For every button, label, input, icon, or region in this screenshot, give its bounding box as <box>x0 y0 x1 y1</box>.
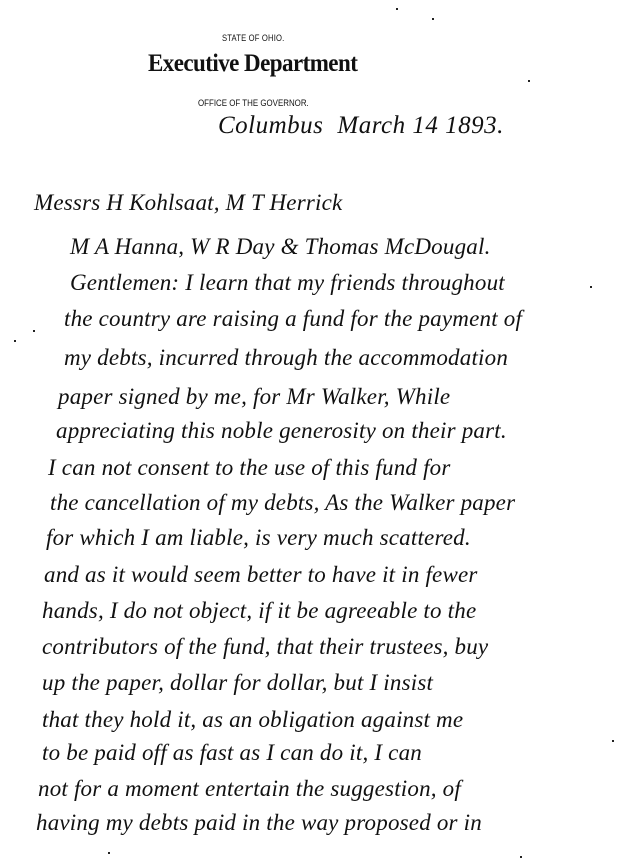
letter-line: to be paid off as fast as I can do it, I… <box>42 740 422 766</box>
letter-line: hands, I do not object, if it be agreeab… <box>42 598 476 624</box>
scanned-letter-page: STATE OF OHIO. Executive Department OFFI… <box>0 0 618 864</box>
letter-line: that they hold it, as an obligation agai… <box>42 707 463 733</box>
letter-line: contributors of the fund, that their tru… <box>42 634 488 660</box>
dateline: ColumbusMarch 14 1893. <box>218 112 518 140</box>
letter-line: up the paper, dollar for dollar, but I i… <box>42 670 433 696</box>
scan-speck <box>108 852 110 854</box>
scan-speck <box>432 18 434 20</box>
salutation-line-2: M A Hanna, W R Day & Thomas McDougal. <box>70 234 491 260</box>
dateline-city: Columbus <box>218 112 323 139</box>
letter-line: the country are raising a fund for the p… <box>64 306 522 332</box>
letter-line: Gentlemen: I learn that my friends throu… <box>70 270 505 296</box>
scan-speck <box>612 740 614 742</box>
dateline-date: March 14 1893. <box>337 112 503 139</box>
scan-speck <box>590 286 592 288</box>
letter-line: and as it would seem better to have it i… <box>44 562 478 588</box>
letterhead-department: Executive Department <box>148 50 357 78</box>
letter-line: not for a moment entertain the suggestio… <box>38 776 461 802</box>
scan-speck <box>520 856 522 858</box>
letterhead-state: STATE OF OHIO. <box>222 33 284 43</box>
letter-line: my debts, incurred through the accommoda… <box>64 345 508 371</box>
scan-speck <box>396 8 398 10</box>
scan-speck <box>33 330 35 332</box>
salutation-line-1: Messrs H Kohlsaat, M T Herrick <box>34 190 342 216</box>
scan-speck <box>14 340 16 342</box>
letter-line: paper signed by me, for Mr Walker, While <box>58 384 450 410</box>
scan-speck <box>528 80 530 82</box>
letterhead-office: OFFICE OF THE GOVERNOR. <box>198 98 309 108</box>
letter-line: having my debts paid in the way proposed… <box>36 810 482 836</box>
letter-line: the cancellation of my debts, As the Wal… <box>50 490 515 516</box>
letter-line: I can not consent to the use of this fun… <box>48 455 451 481</box>
letter-line: appreciating this noble generosity on th… <box>56 418 507 444</box>
letter-line: for which I am liable, is very much scat… <box>46 525 471 551</box>
